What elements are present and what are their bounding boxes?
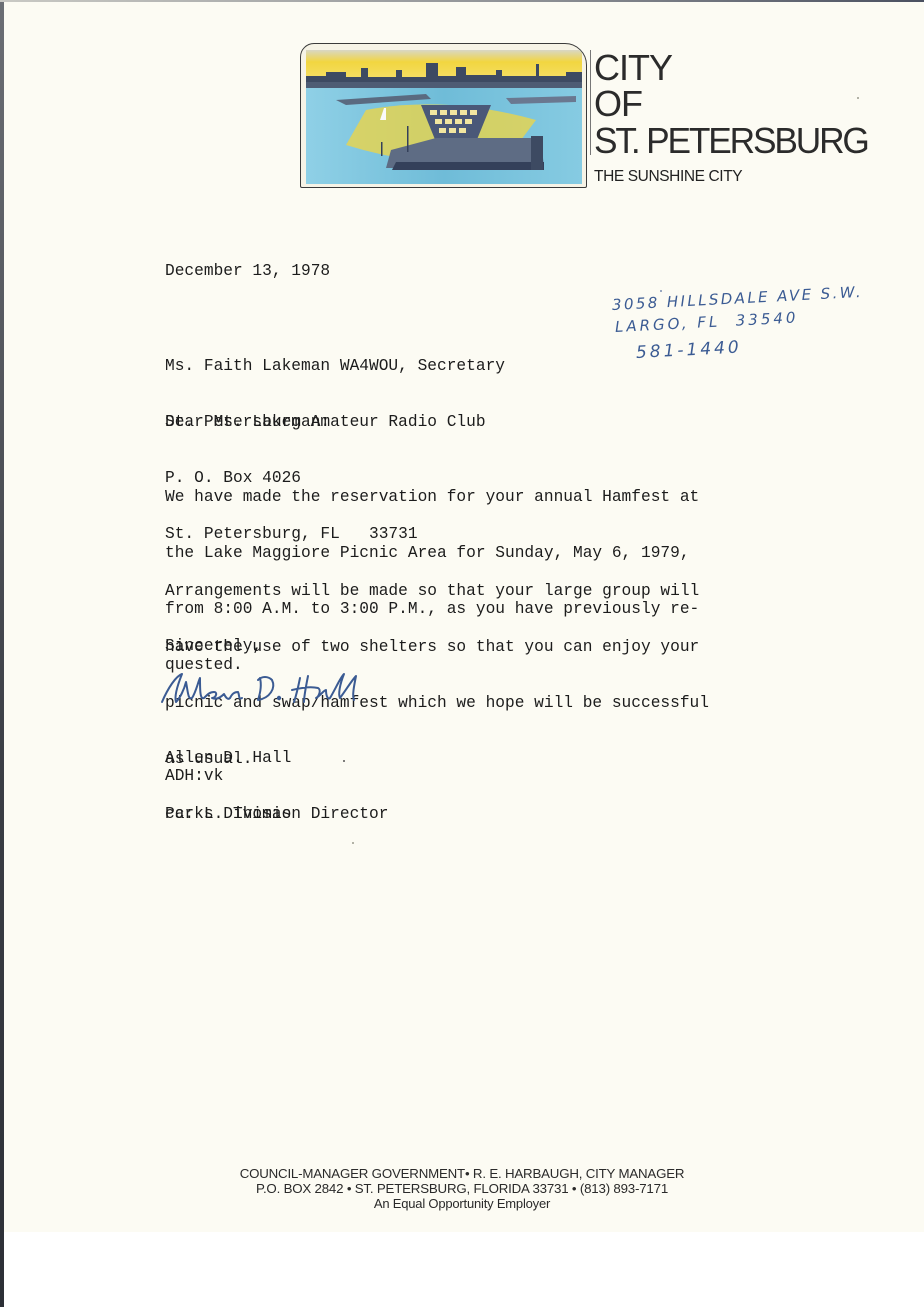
recipient-line: Ms. Faith Lakeman WA4WOU, Secretary [165, 357, 505, 376]
salutation: Dear Ms. Lakeman: [165, 413, 330, 432]
paper-speck [352, 842, 354, 844]
footer-line-3: An Equal Opportunity Employer [0, 1197, 924, 1212]
footer-line-2: P.O. BOX 2842 • ST. PETERSBURG, FLORIDA … [0, 1182, 924, 1197]
paper-speck [660, 290, 662, 292]
letterhead-tagline: THE SUNSHINE CITY [594, 169, 742, 185]
reference-initials: ADH:vk [165, 767, 223, 786]
paragraph-line: We have made the reservation for your an… [165, 488, 699, 507]
letterhead-title-line-2: OF [594, 86, 642, 122]
pier-skyline-illustration [306, 50, 582, 184]
letterhead-title-line-3: ST. PETERSBURG [594, 123, 868, 159]
paper-speck [857, 97, 859, 99]
footer-line-1: COUNCIL-MANAGER GOVERNMENT• R. E. HARBAU… [0, 1167, 924, 1182]
paragraph-line: Arrangements will be made so that your l… [165, 582, 709, 601]
paper-speck [343, 760, 345, 762]
letter-date: December 13, 1978 [165, 262, 330, 281]
letterhead-title-line-1: CITY [594, 50, 672, 86]
carbon-copy-line: cc: L. Thomas [165, 805, 291, 824]
letterhead-divider [590, 50, 591, 155]
signer-name: Allen D. Hall [165, 749, 388, 768]
handwritten-signature [158, 668, 388, 710]
closing: Sincerely, [165, 637, 262, 656]
letterhead-illustration-frame [300, 43, 587, 188]
